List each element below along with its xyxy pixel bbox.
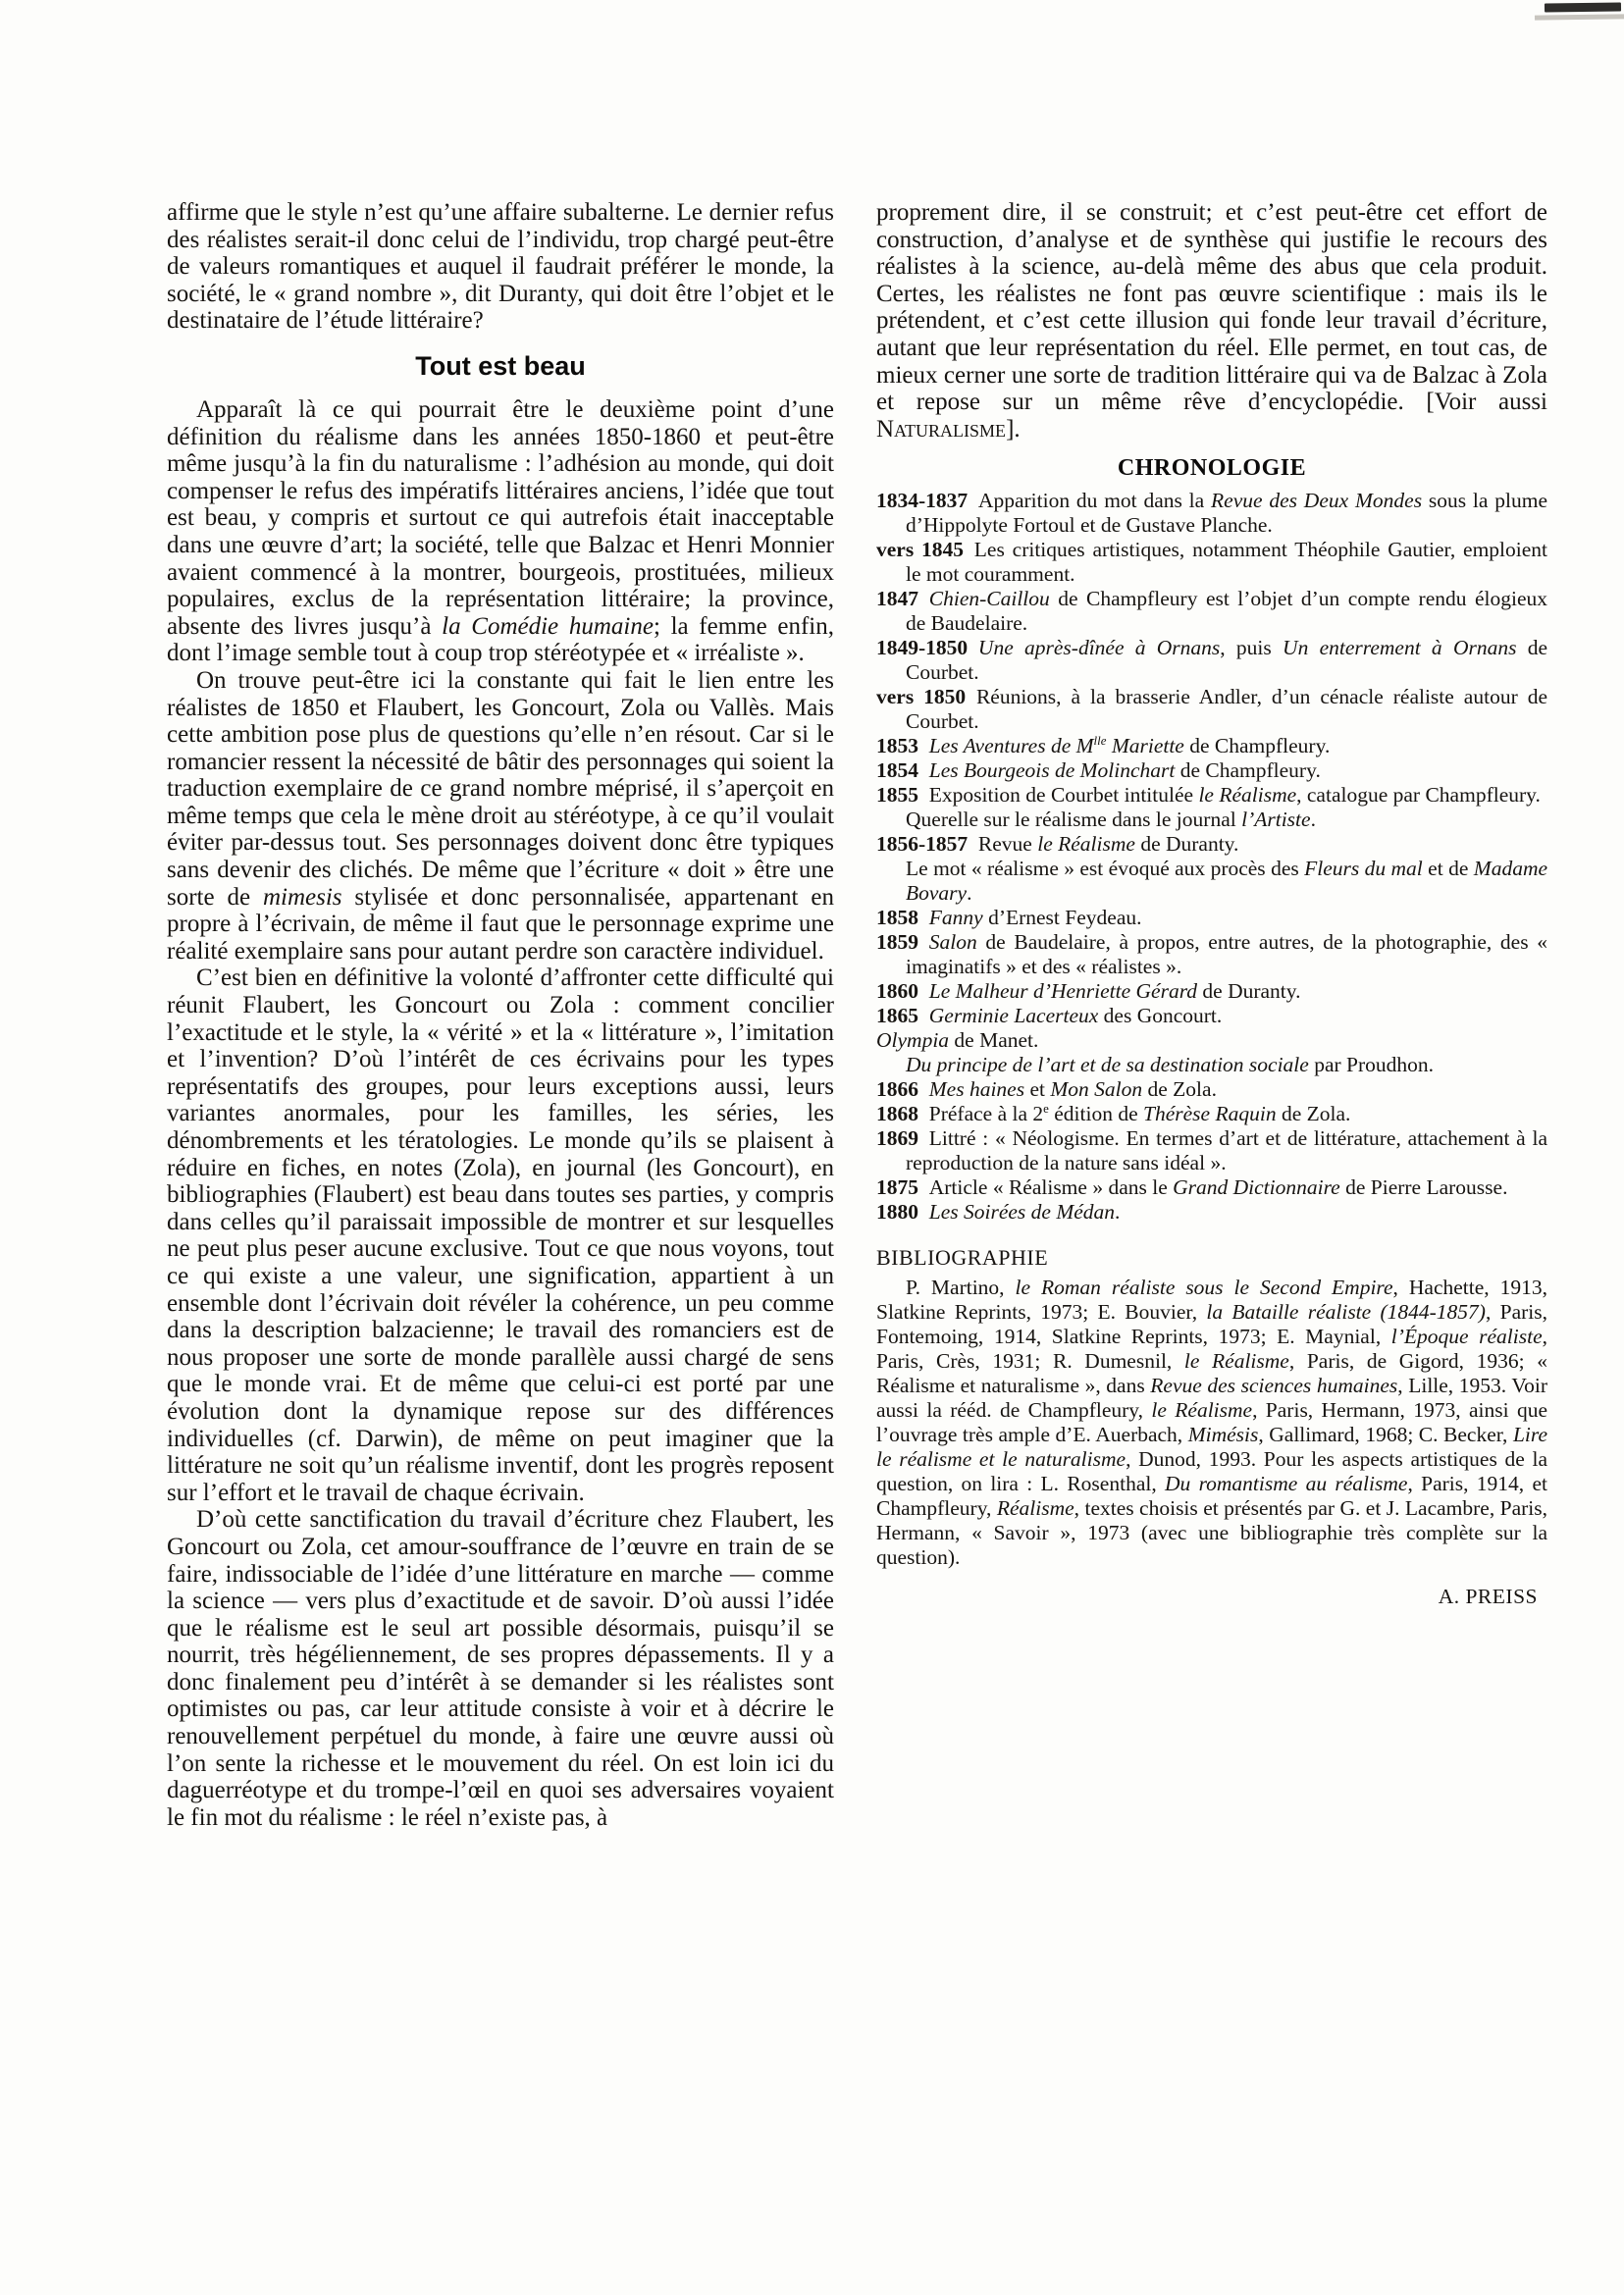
- chronology-year: 1869: [876, 1126, 929, 1150]
- chronology-year: 1847: [876, 587, 929, 610]
- chronology-entry: 1875 Article « Réalisme » dans le Grand …: [876, 1175, 1547, 1200]
- scan-artifact: [1545, 2, 1621, 12]
- paragraph: D’où cette sanctification du travail d’é…: [167, 1506, 834, 1831]
- chronology-entry: 1866 Mes haines et Mon Salon de Zola.: [876, 1077, 1547, 1102]
- chronology-entry: 1868 Préface à la 2e édition de Thérèse …: [876, 1102, 1547, 1126]
- chronology-entry: 1847 Chien-Caillou de Champfleury est l’…: [876, 587, 1547, 636]
- text-segment: le Réalisme: [1198, 783, 1296, 807]
- chronology-entry: Querelle sur le réalisme dans le journal…: [876, 808, 1547, 832]
- chronology-year: 1880: [876, 1200, 929, 1224]
- text-segment: Revue des Deux Mondes: [1211, 489, 1422, 512]
- chronology-year: 1858: [876, 906, 929, 929]
- text-segment: la Bataille réaliste (1844-1857): [1206, 1300, 1486, 1324]
- chronology-year: 1855: [876, 783, 929, 807]
- chronology-entry: 1834-1837 Apparition du mot dans la Revu…: [876, 489, 1547, 538]
- text-segment: Mariette: [1106, 734, 1183, 757]
- document-page: affirme que le style n’est qu’une affair…: [0, 0, 1624, 2295]
- text-segment: Grand Dictionnaire: [1173, 1175, 1340, 1199]
- author-signature: A. PREISS: [876, 1585, 1547, 1609]
- text-segment: l’Artiste: [1241, 808, 1310, 831]
- section-heading: Tout est beau: [167, 351, 834, 382]
- text-segment: Thérèse Raquin: [1143, 1102, 1277, 1125]
- bibliography-heading: BIBLIOGRAPHIE: [876, 1245, 1547, 1271]
- chronology-year: 1856-1857: [876, 832, 978, 856]
- chronology-year: 1849-1850: [876, 636, 978, 659]
- chronology-entry: 1865 Germinie Lacerteux des Goncourt.: [876, 1004, 1547, 1028]
- text-segment: Les Aventures de M: [929, 734, 1094, 757]
- chronology-year: vers 1845: [876, 538, 974, 561]
- text-segment: Un enterrement à Ornans: [1283, 636, 1516, 659]
- text-segment: Naturalisme: [876, 416, 1006, 443]
- text-segment: Revue des sciences humaines: [1150, 1374, 1397, 1397]
- chronology-entry: 1853 Les Aventures de Mlle Mariette de C…: [876, 734, 1547, 758]
- text-segment: le Roman réaliste sous le Second Empire: [1016, 1276, 1393, 1299]
- paragraph: On trouve peut-être ici la constante qui…: [167, 667, 834, 965]
- text-segment: Olympia: [876, 1028, 949, 1052]
- chronology-entry: 1849-1850 Une après-dînée à Ornans, puis…: [876, 636, 1547, 685]
- chronology-year: 1854: [876, 758, 929, 782]
- text-segment: mimesis: [263, 884, 342, 911]
- text-segment: e: [1043, 1102, 1049, 1116]
- bibliography-paragraph: P. Martino, le Roman réaliste sous le Se…: [876, 1276, 1547, 1570]
- chronology-year: 1865: [876, 1004, 929, 1027]
- chronology-entry: 1856-1857 Revue le Réalisme de Duranty.: [876, 832, 1547, 857]
- right-column: proprement dire, il se construit; et c’e…: [876, 199, 1547, 1609]
- chronology-entry: vers 1845 Les critiques artistiques, not…: [876, 538, 1547, 587]
- chronology-year: 1868: [876, 1102, 929, 1125]
- text-segment: Les Soirées de Médan: [929, 1200, 1115, 1224]
- chronology-entry: 1869 Littré : « Néologisme. En termes d’…: [876, 1126, 1547, 1175]
- chronology-entry: Du principe de l’art et de sa destinatio…: [876, 1053, 1547, 1077]
- text-segment: Fleurs du mal: [1304, 857, 1423, 880]
- chronology-entry: 1859 Salon de Baudelaire, à propos, entr…: [876, 930, 1547, 979]
- text-segment: Madame Bovary: [906, 857, 1547, 905]
- chronology-year: 1860: [876, 979, 929, 1003]
- chronology-year: 1866: [876, 1077, 929, 1101]
- chronology-year: vers 1850: [876, 685, 976, 708]
- chronology-entry: 1855 Exposition de Courbet intitulée le …: [876, 783, 1547, 808]
- chronology-heading: CHRONOLOGIE: [876, 455, 1547, 482]
- chronology-year: 1875: [876, 1175, 929, 1199]
- text-segment: Salon: [929, 930, 977, 954]
- chronology-list: 1834-1837 Apparition du mot dans la Revu…: [876, 489, 1547, 1225]
- chronology-year: 1859: [876, 930, 929, 954]
- text-segment: Mon Salon: [1050, 1077, 1142, 1101]
- chronology-entry: 1880 Les Soirées de Médan.: [876, 1200, 1547, 1225]
- chronology-entry: Le mot « réalisme » est évoqué aux procè…: [876, 857, 1547, 906]
- text-segment: Réalisme: [997, 1496, 1074, 1520]
- text-segment: la Comédie humaine: [442, 613, 654, 640]
- chronology-year: 1834-1837: [876, 489, 978, 512]
- left-column: affirme que le style n’est qu’une affair…: [167, 199, 834, 1831]
- text-segment: Mimésis: [1188, 1423, 1259, 1446]
- paragraph: proprement dire, il se construit; et c’e…: [876, 199, 1547, 443]
- chronology-entry: 1860 Le Malheur d’Henriette Gérard de Du…: [876, 979, 1547, 1004]
- chronology-entry: Olympia de Manet.: [876, 1028, 1547, 1053]
- text-segment: Fanny: [929, 906, 983, 929]
- chronology-entry: vers 1850 Réunions, à la brasserie Andle…: [876, 685, 1547, 734]
- text-segment: Chien-Caillou: [929, 587, 1050, 610]
- text-segment: Une après-dînée à Ornans: [978, 636, 1220, 659]
- text-segment: le Réalisme: [1184, 1349, 1289, 1373]
- paragraph: C’est bien en définitive la volonté d’af…: [167, 965, 834, 1506]
- paragraph: affirme que le style n’est qu’une affair…: [167, 199, 834, 335]
- text-segment: Le Malheur d’Henriette Gérard: [929, 979, 1197, 1003]
- text-segment: le Réalisme: [1151, 1398, 1252, 1422]
- text-segment: lle: [1094, 734, 1107, 748]
- text-segment: Du romantisme au réalisme: [1165, 1472, 1407, 1495]
- chronology-entry: 1858 Fanny d’Ernest Feydeau.: [876, 906, 1547, 930]
- text-segment: Germinie Lacerteux: [929, 1004, 1099, 1027]
- text-segment: le Réalisme: [1037, 832, 1135, 856]
- text-segment: l’Époque réaliste: [1391, 1325, 1543, 1348]
- text-segment: Du principe de l’art et de sa destinatio…: [906, 1053, 1309, 1076]
- text-segment: Les Bourgeois de Molinchart: [929, 758, 1176, 782]
- paragraph: Apparaît là ce qui pourrait être le deux…: [167, 396, 834, 667]
- scan-artifact-shadow: [1535, 14, 1624, 20]
- text-segment: Mes haines: [929, 1077, 1024, 1101]
- chronology-entry: 1854 Les Bourgeois de Molinchart de Cham…: [876, 758, 1547, 783]
- chronology-year: 1853: [876, 734, 929, 757]
